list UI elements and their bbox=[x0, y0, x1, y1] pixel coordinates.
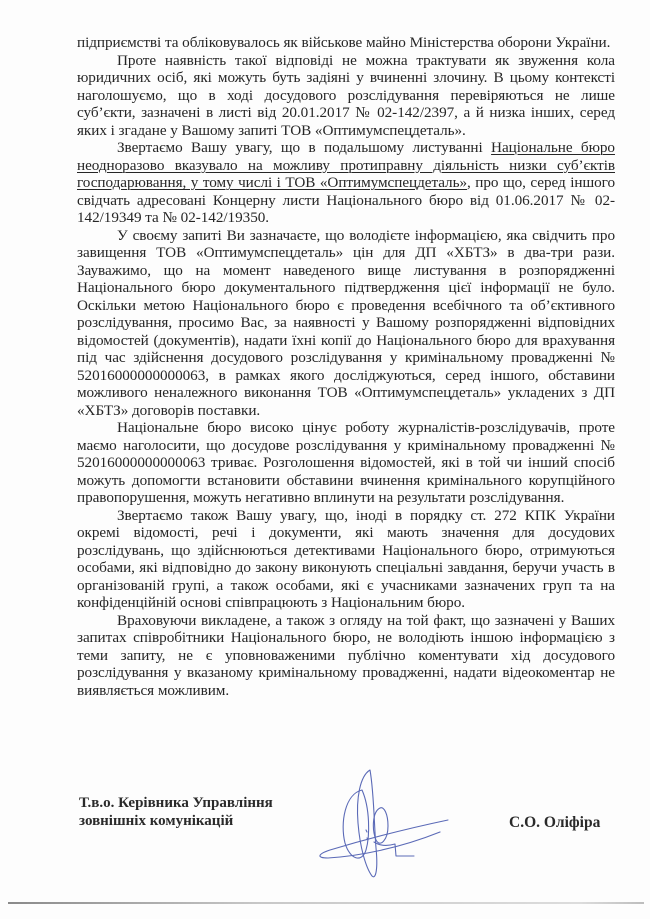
signatory-title-line-1: Т.в.о. Керівника Управління bbox=[79, 795, 273, 813]
paragraph-7-text: Враховуючи викладене, а також з огляду н… bbox=[77, 612, 615, 699]
paragraph-3-text-a: Звертаємо Вашу увагу, що в подальшому ли… bbox=[117, 139, 491, 156]
paragraph-7: Враховуючи викладене, а також з огляду н… bbox=[77, 612, 615, 700]
document-page: підприємстві та обліковувалось як військ… bbox=[0, 0, 650, 919]
signatory-title-line-2: зовнішніх комунікацій bbox=[79, 813, 273, 831]
paragraph-6: Звертаємо також Вашу увагу, що, іноді в … bbox=[77, 507, 615, 612]
paragraph-4-text: У своєму запиті Ви зазначаєте, що володі… bbox=[77, 227, 615, 419]
letter-body: підприємстві та обліковувалось як військ… bbox=[77, 34, 615, 699]
footer-divider bbox=[8, 902, 644, 904]
handwritten-signature-icon bbox=[300, 768, 450, 883]
paragraph-3: Звертаємо Вашу увагу, що в подальшому ли… bbox=[77, 139, 615, 227]
signatory-name: С.О. Оліфіра bbox=[509, 814, 600, 832]
paragraph-1-text: підприємстві та обліковувалось як військ… bbox=[77, 34, 610, 51]
paragraph-5-text: Національне бюро високо цінує роботу жур… bbox=[77, 419, 615, 506]
paragraph-6-text: Звертаємо також Вашу увагу, що, іноді в … bbox=[77, 507, 615, 612]
paragraph-2-text: Проте наявність такої відповіді не можна… bbox=[77, 52, 615, 139]
paragraph-1: підприємстві та обліковувалось як військ… bbox=[77, 34, 615, 52]
paragraph-2: Проте наявність такої відповіді не можна… bbox=[77, 52, 615, 140]
signatory-title: Т.в.о. Керівника Управління зовнішніх ко… bbox=[79, 795, 273, 830]
paragraph-4: У своєму запиті Ви зазначаєте, що володі… bbox=[77, 227, 615, 420]
paragraph-5: Національне бюро високо цінує роботу жур… bbox=[77, 419, 615, 507]
